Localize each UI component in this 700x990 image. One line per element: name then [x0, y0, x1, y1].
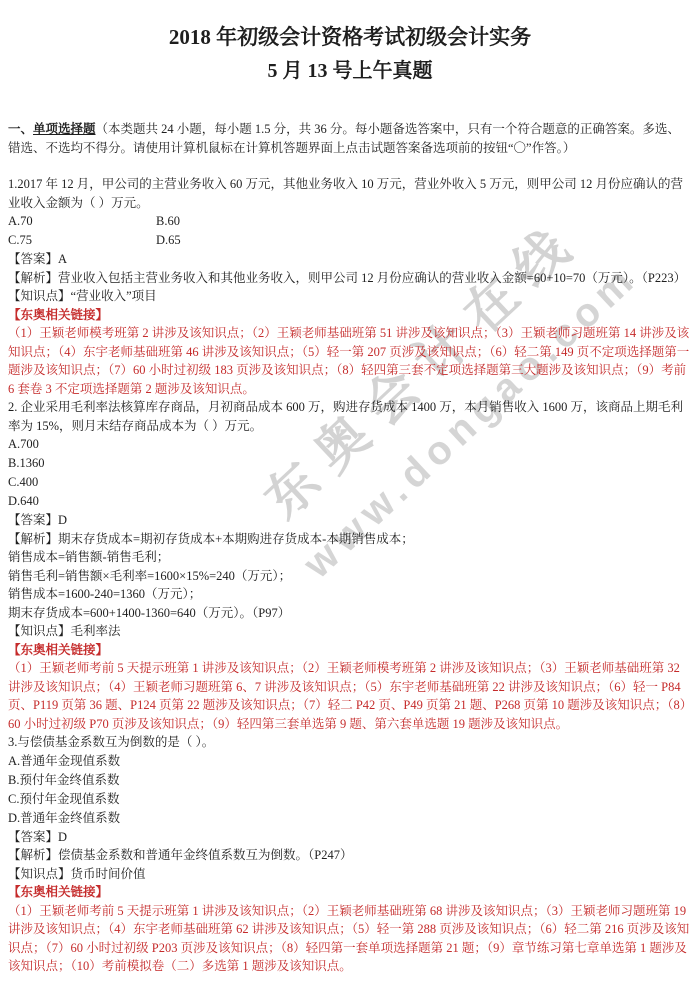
- answer-label: 【答案】: [8, 252, 58, 266]
- option-b: B.60: [156, 212, 692, 231]
- analysis-row: 【解析】期末存货成本=期初存货成本+本期购进存货成本-本期销售成本；: [8, 530, 692, 549]
- knowledge-label: 【知识点】: [8, 624, 71, 638]
- option-c: C.400: [8, 473, 692, 492]
- analysis-line: 销售成本=1600-240=1360（万元）；: [8, 585, 692, 604]
- answer-value: A: [58, 252, 67, 266]
- knowledge-text: 毛利率法: [71, 624, 121, 638]
- option-c: C.预付年金现值系数: [8, 790, 692, 809]
- answer-row: 【答案】D: [8, 511, 692, 530]
- answer-label: 【答案】: [8, 830, 58, 844]
- options-list: A.普通年金现值系数 B.预付年金终值系数 C.预付年金现值系数 D.普通年金终…: [8, 752, 692, 828]
- analysis-label: 【解析】: [8, 848, 58, 862]
- option-a: A.普通年金现值系数: [8, 752, 692, 771]
- links-header: 【东奥相关链接】: [8, 641, 692, 660]
- links-text: （1）王颖老师考前 5 天提示班第 1 讲涉及该知识点；（2）王颖老师模考班第 …: [8, 659, 692, 733]
- option-c: C.75: [8, 231, 156, 250]
- question-stem: 2. 企业采用毛利率法核算库存商品，月初商品成本 600 万，购进存货成本 14…: [8, 398, 692, 435]
- section-number: 一、: [8, 122, 33, 136]
- page-title: 2018 年初级会计资格考试初级会计实务: [8, 22, 692, 52]
- analysis-row: 【解析】营业收入包括主营业务收入和其他业务收入，则甲公司 12 月份应确认的营业…: [8, 269, 692, 288]
- option-b: B.1360: [8, 454, 692, 473]
- options-list: A.70 B.60 C.75 D.65: [8, 212, 692, 250]
- knowledge-row: 【知识点】毛利率法: [8, 622, 692, 641]
- analysis-text: 营业收入包括主营业务收入和其他业务收入，则甲公司 12 月份应确认的营业收入金额…: [58, 271, 686, 285]
- knowledge-label: 【知识点】: [8, 289, 71, 303]
- exam-document-page: 东奥会计在线 www.dongao.com 2018 年初级会计资格考试初级会计…: [0, 0, 700, 990]
- option-d: D.65: [156, 231, 692, 250]
- question-stem: 3.与偿债基金系数互为倒数的是（ ）。: [8, 733, 692, 752]
- section-heading: 单项选择题: [33, 122, 96, 136]
- analysis-row: 【解析】偿债基金系数和普通年金终值系数互为倒数。（P247）: [8, 846, 692, 865]
- section-description: （本类题共 24 小题，每小题 1.5 分，共 36 分。每小题备选答案中，只有…: [8, 122, 680, 155]
- section-intro: 一、单项选择题（本类题共 24 小题，每小题 1.5 分，共 36 分。每小题备…: [8, 120, 692, 157]
- analysis-label: 【解析】: [8, 532, 58, 546]
- links-text: （1）王颖老师考前 5 天提示班第 1 讲涉及该知识点；（2）王颖老师基础班第 …: [8, 902, 692, 976]
- spacer: [8, 157, 692, 175]
- knowledge-row: 【知识点】“营业收入”项目: [8, 287, 692, 306]
- question-block-1: 1.2017 年 12 月，甲公司的主营业务收入 60 万元，其他业务收入 10…: [8, 175, 692, 398]
- page-subtitle: 5 月 13 号上午真题: [8, 56, 692, 86]
- analysis-line: 销售成本=销售额-销售毛利；: [8, 548, 692, 567]
- question-block-2: 2. 企业采用毛利率法核算库存商品，月初商品成本 600 万，购进存货成本 14…: [8, 398, 692, 733]
- analysis-text: 偿债基金系数和普通年金终值系数互为倒数。（P247）: [58, 848, 352, 862]
- knowledge-text: 货币时间价值: [71, 867, 146, 881]
- answer-value: D: [58, 513, 67, 527]
- analysis-line: 期末存货成本=600+1400-1360=640（万元）。（P97）: [8, 604, 692, 623]
- option-d: D.普通年金终值系数: [8, 809, 692, 828]
- analysis-text: 期末存货成本=期初存货成本+本期购进存货成本-本期销售成本；: [58, 532, 414, 546]
- links-header: 【东奥相关链接】: [8, 883, 692, 902]
- links-text: （1）王颖老师模考班第 2 讲涉及该知识点；（2）王颖老师基础班第 51 讲涉及…: [8, 324, 692, 398]
- analysis-line: 销售毛利=销售额×毛利率=1600×15%=240（万元）；: [8, 567, 692, 586]
- options-list: A.700 B.1360 C.400 D.640: [8, 435, 692, 511]
- answer-value: D: [58, 830, 67, 844]
- option-a: A.700: [8, 435, 692, 454]
- knowledge-row: 【知识点】货币时间价值: [8, 865, 692, 884]
- links-header: 【东奥相关链接】: [8, 306, 692, 325]
- option-a: A.70: [8, 212, 156, 231]
- option-d: D.640: [8, 492, 692, 511]
- answer-row: 【答案】A: [8, 250, 692, 269]
- document-content: 2018 年初级会计资格考试初级会计实务 5 月 13 号上午真题 一、单项选择…: [0, 0, 700, 976]
- analysis-label: 【解析】: [8, 271, 58, 285]
- question-stem: 1.2017 年 12 月，甲公司的主营业务收入 60 万元，其他业务收入 10…: [8, 175, 692, 212]
- knowledge-label: 【知识点】: [8, 867, 71, 881]
- question-block-3: 3.与偿债基金系数互为倒数的是（ ）。 A.普通年金现值系数 B.预付年金终值系…: [8, 733, 692, 976]
- answer-label: 【答案】: [8, 513, 58, 527]
- knowledge-text: “营业收入”项目: [71, 289, 157, 303]
- option-b: B.预付年金终值系数: [8, 771, 692, 790]
- answer-row: 【答案】D: [8, 828, 692, 847]
